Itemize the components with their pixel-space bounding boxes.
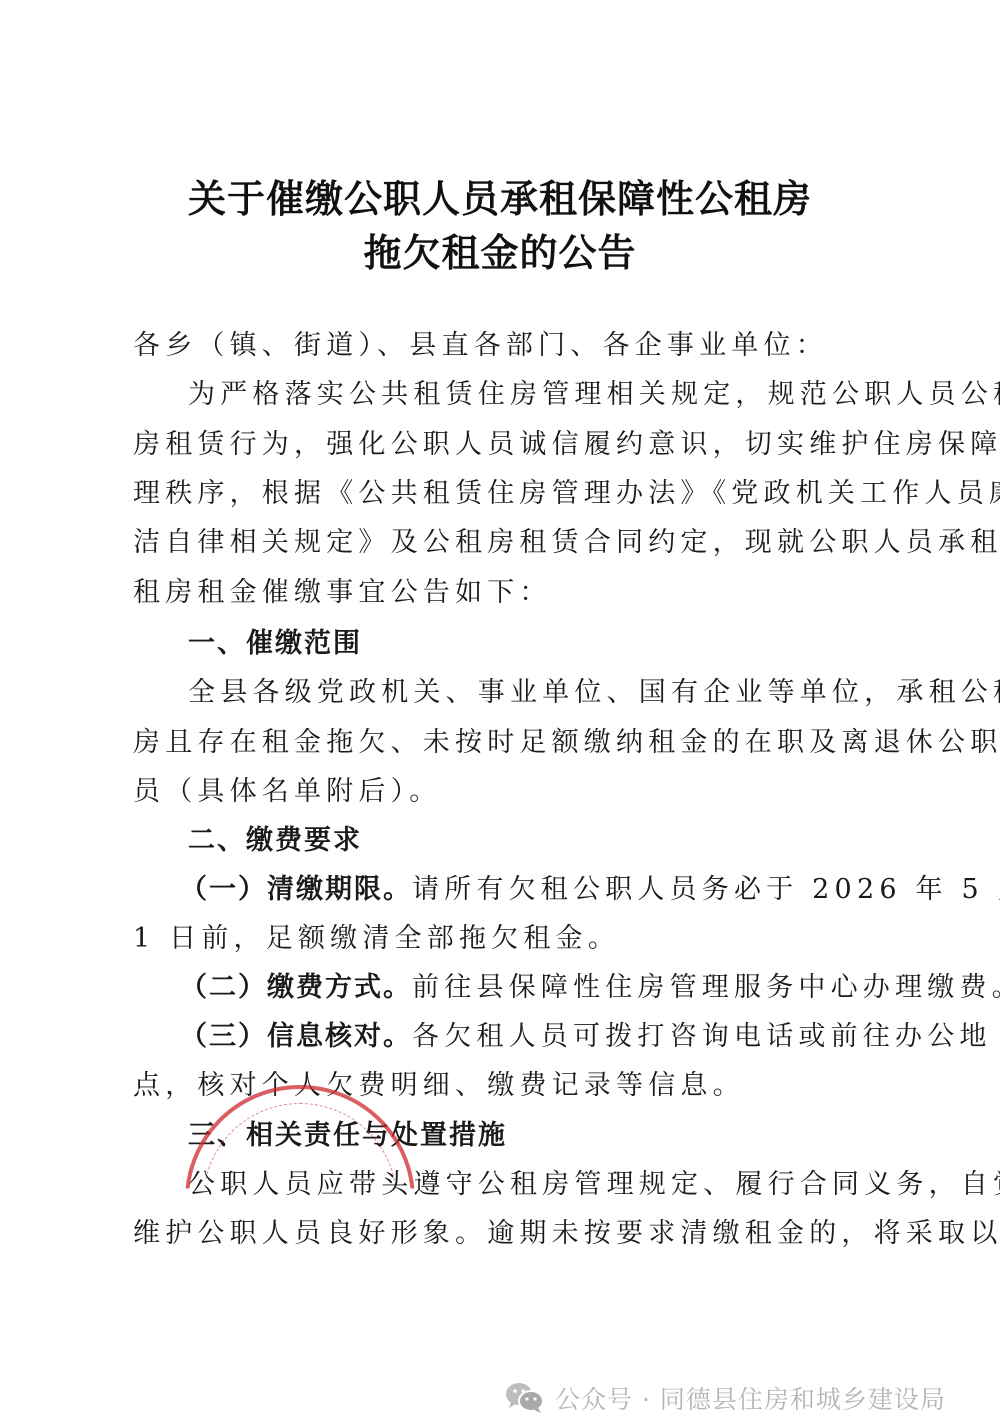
section3-line: 公职人员应带头遵守公租房管理规定、履行合同义务，自觉 <box>188 1168 938 1202</box>
document-title-line2: 拖欠租金的公告 <box>0 222 1000 277</box>
section1-heading: 一、催缴范围 <box>188 627 938 661</box>
item-text: 前往县保障性住房管理服务中心办理缴费。 <box>412 972 1000 1003</box>
wechat-account-watermark: 公众号 · 同德县住房和城乡建设局 <box>505 1378 946 1418</box>
section3-line: 维护公职人员良好形象。逾期未按要求清缴租金的，将采取以下 <box>133 1217 883 1251</box>
section1-line: 全县各级党政机关、事业单位、国有企业等单位，承租公租 <box>188 676 938 710</box>
section2-item-verify: （三）信息核对。各欠租人员可拨打咨询电话或前往办公地 <box>180 1020 930 1054</box>
intro-line: 租房租金催缴事宜公告如下： <box>133 576 883 610</box>
footer-text: 公众号 · 同德县住房和城乡建设局 <box>555 1380 946 1416</box>
section3-heading: 三、相关责任与处置措施 <box>188 1119 938 1153</box>
section2-heading: 二、缴费要求 <box>188 824 938 858</box>
item-text: 请所有欠租公职人员务必于 2026 年 5 月 <box>412 874 1000 905</box>
wechat-icon <box>505 1381 545 1415</box>
intro-line: 洁自律相关规定》及公租房租赁合同约定，现就公职人员承租公 <box>133 526 883 560</box>
document-title-line1: 关于催缴公职人员承租保障性公租房 <box>0 168 1000 223</box>
section2-item-deadline: （一）清缴期限。请所有欠租公职人员务必于 2026 年 5 月 <box>180 873 930 907</box>
item-label: （三）信息核对。 <box>180 1021 412 1052</box>
section2-item-method: （二）缴费方式。前往县保障性住房管理服务中心办理缴费。 <box>180 971 930 1005</box>
section2-item-deadline-cont: 1 日前，足额缴清全部拖欠租金。 <box>133 922 883 956</box>
item-label: （二）缴费方式。 <box>180 972 412 1003</box>
salutation: 各乡（镇、街道）、县直各部门、各企事业单位： <box>133 329 883 363</box>
item-label: （一）清缴期限。 <box>180 874 412 905</box>
section2-item-verify-cont: 点，核对个人欠费明细、缴费记录等信息。 <box>133 1069 883 1103</box>
section1-line: 员（具体名单附后）。 <box>133 775 883 809</box>
intro-line: 房租赁行为，强化公职人员诚信履约意识，切实维护住房保障管 <box>133 428 883 462</box>
section1-line: 房且存在租金拖欠、未按时足额缴纳租金的在职及离退休公职人 <box>133 726 883 760</box>
item-text: 各欠租人员可拨打咨询电话或前往办公地 <box>412 1021 992 1052</box>
intro-line: 为严格落实公共租赁住房管理相关规定，规范公职人员公租 <box>188 378 938 412</box>
intro-line: 理秩序，根据《公共租赁住房管理办法》《党政机关工作人员廉 <box>133 477 883 511</box>
